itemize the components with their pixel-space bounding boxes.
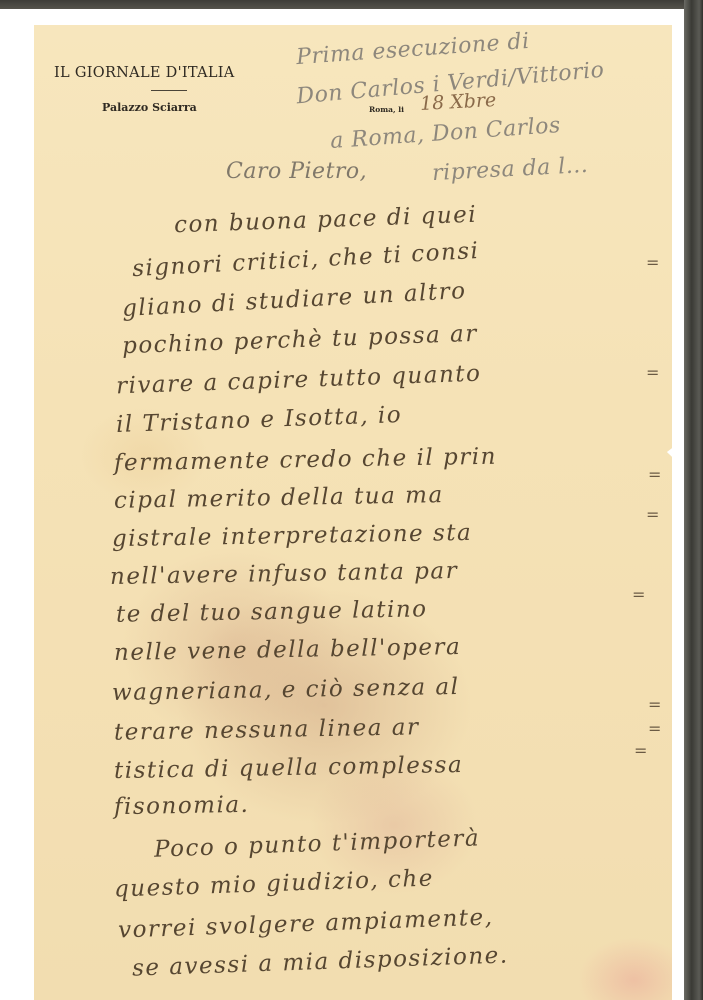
margin-hyphen-mark: =: [634, 741, 647, 760]
margin-hyphen-mark: =: [646, 253, 659, 272]
margin-hyphen-mark: =: [646, 505, 659, 524]
frame-right-edge: [684, 0, 703, 1000]
letter-salutation: Caro Pietro,: [226, 159, 367, 184]
date-label: Roma, li: [369, 105, 404, 114]
letter-line: signori critici, che ti consi: [132, 238, 481, 282]
margin-hyphen-mark: =: [648, 465, 661, 484]
letter-line: tistica di quella complessa: [114, 752, 464, 784]
letterhead-divider: [151, 90, 187, 91]
pencil-note-line: Prima esecuzione di: [295, 29, 530, 70]
margin-hyphen-mark: =: [648, 719, 661, 738]
letterhead-title: IL GIORNALE D'ITALIA: [54, 65, 235, 81]
pencil-note-line: ripresa da l...: [431, 153, 588, 186]
letter-line: cipal merito della tua ma: [114, 482, 444, 514]
letter-line: il Tristano e Isotta, io: [116, 402, 403, 438]
frame-top-edge: [0, 0, 703, 9]
letter-line: gliano di studiare un altro: [122, 278, 468, 322]
letter-line: fermamente credo che il prin: [114, 444, 497, 477]
letter-sheet: IL GIORNALE D'ITALIA Palazzo Sciarra Rom…: [34, 25, 672, 1000]
margin-hyphen-mark: =: [632, 585, 645, 604]
pencil-note-line: a Roma, Don Carlos: [329, 113, 561, 154]
letter-line: nelle vene della bell'opera: [114, 634, 462, 666]
letter-line: gistrale interpretazione sta: [112, 520, 473, 552]
letter-line: wagneriana, e ciò senza al: [112, 674, 460, 706]
letter-line: te del tuo sangue latino: [116, 596, 428, 627]
letter-line: con buona pace di quei: [174, 202, 478, 239]
letter-line: se avessi a mia disposizione.: [132, 942, 509, 981]
letter-line: rivare a capire tutto quanto: [116, 361, 482, 400]
letter-line: questo mio giudizio, che: [114, 865, 435, 902]
margin-hyphen-mark: =: [646, 363, 659, 382]
letter-line: Poco o punto t'importerà: [154, 825, 481, 862]
margin-hyphen-mark: =: [648, 695, 661, 714]
letter-line: vorrei svolgere ampiamente,: [118, 904, 494, 943]
letter-line: fisonomia.: [114, 792, 250, 820]
letterhead-subtitle: Palazzo Sciarra: [102, 101, 197, 114]
letter-line: nell'avere infuso tanta par: [110, 558, 459, 590]
letter-line: pochino perchè tu possa ar: [122, 321, 479, 359]
letter-line: terare nessuna linea ar: [114, 714, 420, 745]
